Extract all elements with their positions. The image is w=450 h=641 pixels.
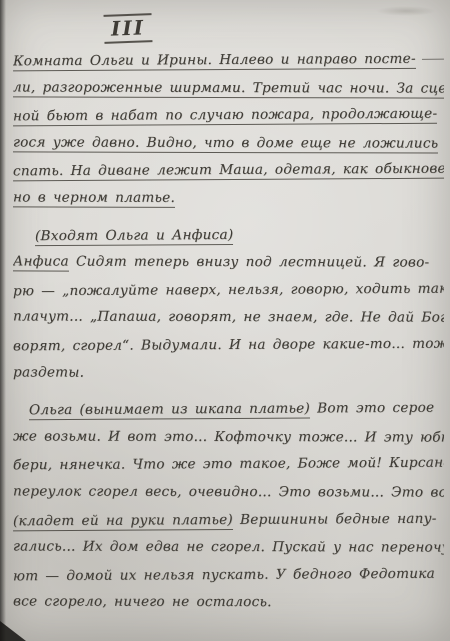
paper-smudge: [376, 6, 436, 16]
dialogue-line: раздеты.: [13, 364, 444, 393]
plain-text: переулок сгорел весь, очевидно... Это во…: [13, 483, 444, 500]
plain-text: ворят, сгорел“. Выдумали. И на дворе как…: [13, 336, 444, 355]
manuscript-text: Комната Ольги и Ирины. Налево и направо …: [13, 52, 444, 622]
plain-text: Вот это серое: [310, 400, 434, 417]
plain-text: гались... Их дом едва не сгорел. Пускай …: [13, 539, 444, 556]
underlined-text: ли, разгороженные ширмами. Третий час но…: [13, 79, 444, 98]
manuscript-line: спать. На диване лежит Маша, одетая, как…: [13, 161, 444, 191]
plain-text: рю — „пожалуйте наверх, нельзя, говорю, …: [13, 280, 444, 299]
dialogue-line: же возьми. И вот это... Кофточку тоже...…: [13, 428, 444, 457]
plain-text: Вершинины бедные напу-: [233, 510, 437, 527]
manuscript-line: ной бьют в набат по случаю пожара, продо…: [13, 106, 444, 136]
scan-edge-shadow: [0, 0, 6, 641]
underlined-text: Комната Ольги и Ирины. Налево и направо …: [13, 51, 416, 71]
plain-text: плачут... „Папаша, говорят, не знаем, гд…: [13, 309, 444, 326]
dialogue-line: (кладет ей на руки платье) Вершинины бед…: [13, 510, 444, 540]
manuscript-line: Комната Ольги и Ирины. Налево и направо …: [13, 51, 444, 81]
dialogue-line: рю — „пожалуйте наверх, нельзя, говорю, …: [13, 280, 444, 310]
underlined-text: спать. На диване лежит Маша, одетая, как…: [13, 161, 444, 182]
manuscript-line: ли, разгороженные ширмами. Третий час но…: [13, 79, 444, 108]
dialogue-line: Анфиса Сидят теперь внизу под лестницей.…: [13, 254, 444, 283]
plain-text: Сидят теперь внизу под лестницей. Я гово…: [69, 254, 430, 271]
dialogue-line: бери, нянечка. Что же это такое, Боже мо…: [13, 455, 444, 485]
dialogue-line: ворят, сгорел“. Выдумали. И на дворе как…: [13, 336, 444, 366]
plain-text: бери, нянечка. Что же это такое, Боже мо…: [13, 455, 444, 474]
dialogue-line: ют — домой их нельзя пускать. У бедного …: [13, 565, 444, 595]
character-name: Анфиса: [13, 254, 69, 272]
manuscript-line: но в черном платье.: [13, 189, 444, 218]
scan-corner-shadow: [0, 621, 26, 641]
act-number: III: [104, 13, 153, 44]
dialogue-line: Ольга (вынимает из шкапа платье) Вот это…: [13, 400, 444, 430]
dialogue-line: все сгорело, ничего не осталось.: [13, 594, 444, 623]
manuscript-line: гося уже давно. Видно, что в доме еще не…: [13, 134, 444, 163]
stage-direction-inline: (кладет ей на руки платье): [13, 511, 233, 530]
character-name: Ольга (вынимает из шкапа платье): [29, 401, 310, 421]
underlined-text: ной бьют в набат по случаю пожара, продо…: [13, 106, 437, 127]
underlined-text: гося уже давно. Видно, что в доме еще не…: [13, 134, 438, 153]
dialogue-line: плачут... „Папаша, говорят, не знаем, гд…: [13, 309, 444, 338]
manuscript-page: III Комната Ольги и Ирины. Налево и напр…: [0, 0, 450, 641]
plain-text: все сгорело, ничего не осталось.: [13, 594, 272, 611]
underlined-text: но в черном платье.: [13, 189, 175, 207]
plain-text: же возьми. И вот это... Кофточку тоже...…: [13, 428, 444, 445]
plain-text: раздеты.: [13, 364, 84, 380]
plain-text: ют — домой их нельзя пускать. У бедного …: [13, 565, 435, 584]
underlined-text: (Входят Ольга и Анфиса): [35, 227, 234, 246]
stage-direction-line: (Входят Ольга и Анфиса): [13, 225, 444, 255]
dialogue-line: гались... Их дом едва не сгорел. Пускай …: [13, 539, 444, 568]
dialogue-line: переулок сгорел весь, очевидно... Это во…: [13, 483, 444, 512]
